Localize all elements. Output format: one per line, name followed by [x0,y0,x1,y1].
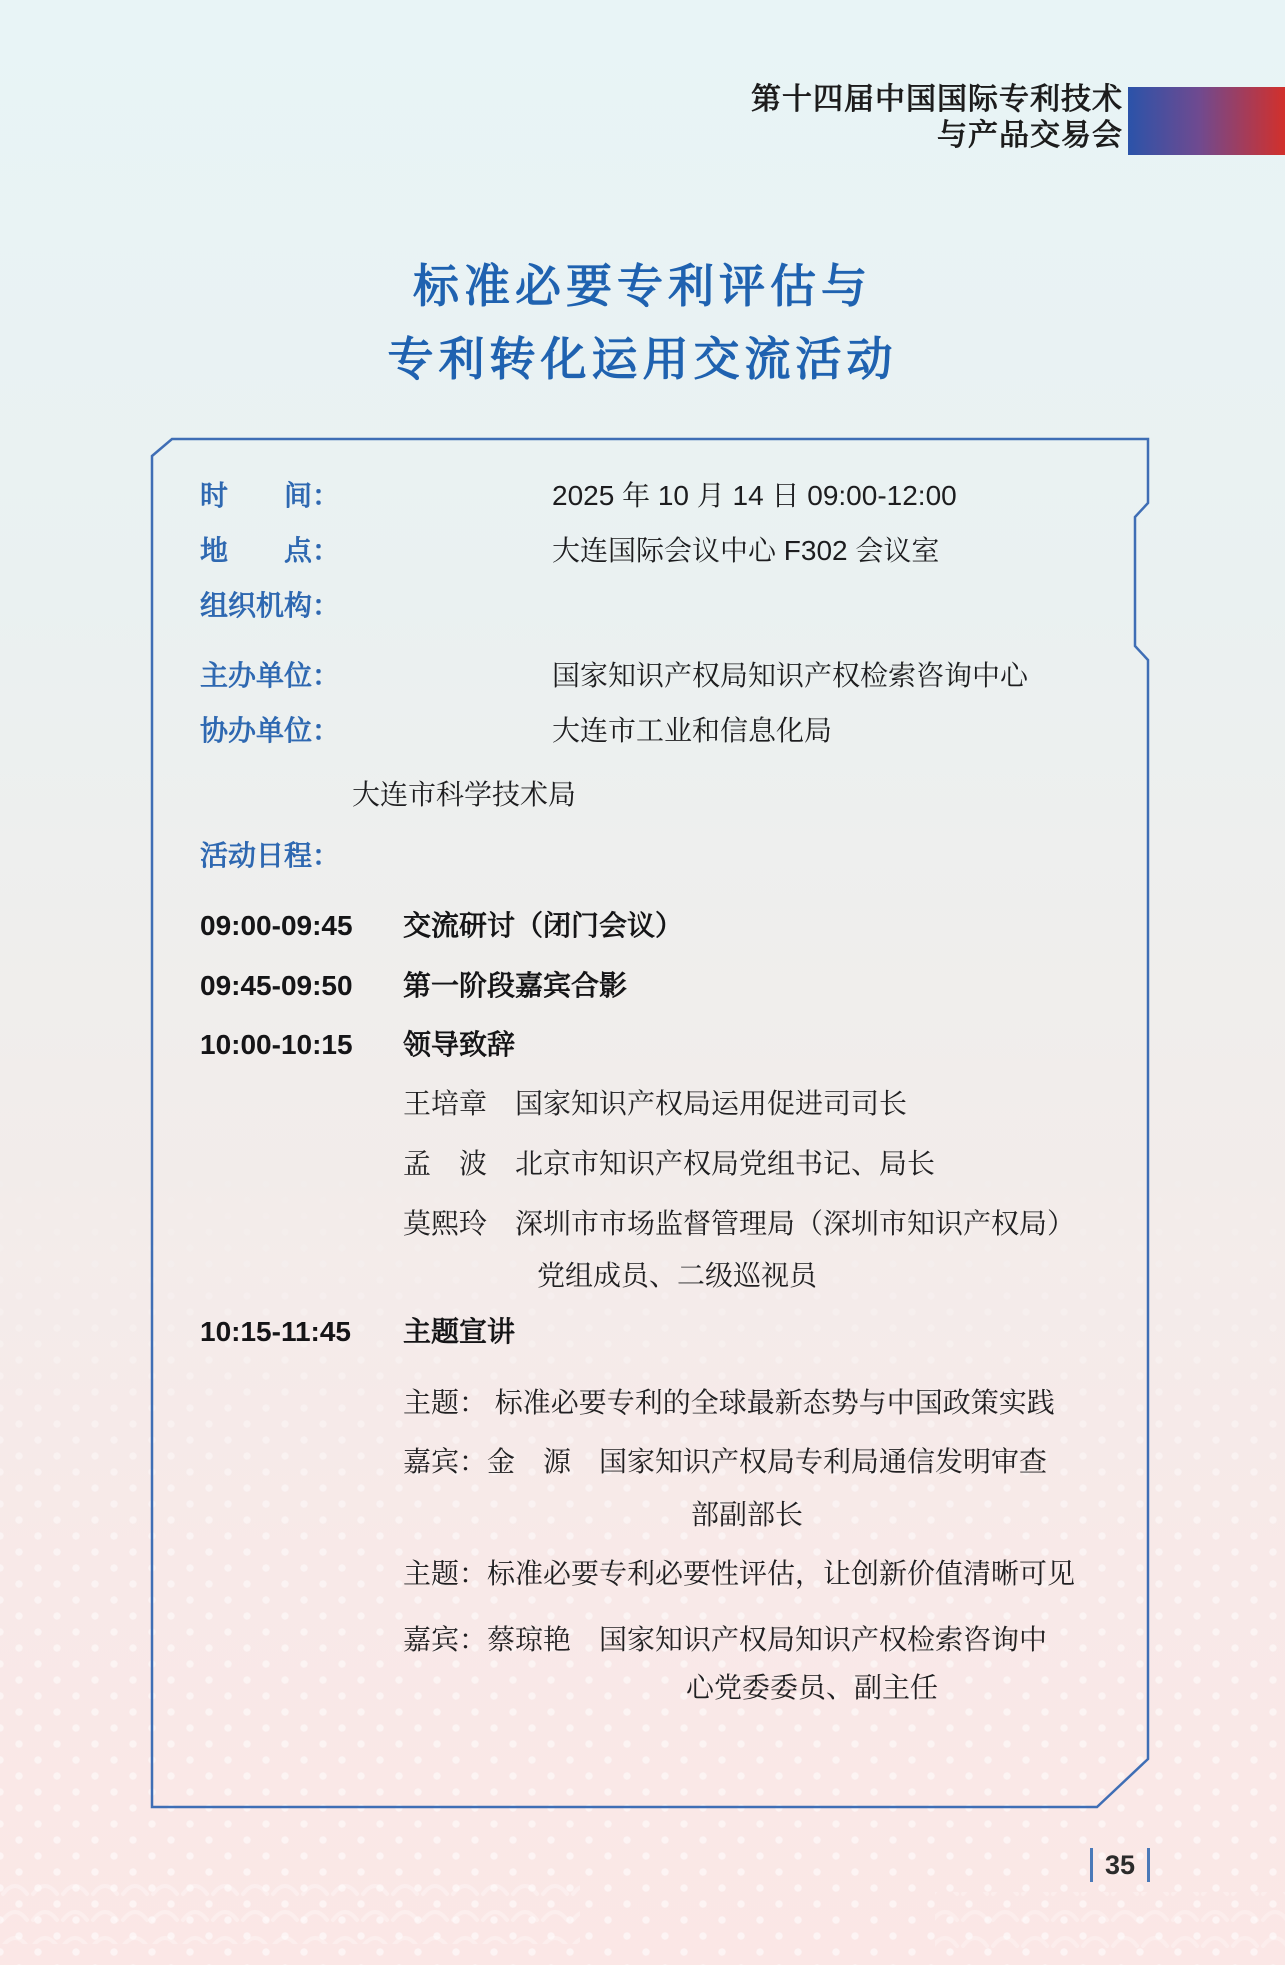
talk-guest: 嘉宾：金 源 国家知识产权局专利局通信发明审查 [403,1442,1047,1482]
info-box-border [0,0,1285,1965]
talk-topic: 主题：标准必要专利必要性评估，让创新价值清晰可见 [403,1554,1075,1594]
speaker-line-continuation: 党组成员、二级巡视员 [537,1256,817,1296]
schedule-time: 09:00-09:45 [200,906,353,946]
meta-label: 组织机构 [200,586,312,626]
speaker-line: 王培章 国家知识产权局运用促进司司长 [403,1084,907,1124]
meta-row-location: 地点： 大连国际会议中心 F302 会议室 [200,531,340,571]
meta-value: 大连市工业和信息化局 [552,711,832,751]
meta-colon: ： [312,535,340,566]
meta-row-coorganizer-2: 大连市科学技术局 [352,775,576,815]
talk-guest: 嘉宾：蔡琼艳 国家知识产权局知识产权检索咨询中 [403,1620,1047,1660]
meta-label: 活动日程 [200,836,312,876]
meta-label: 地点 [200,531,312,571]
meta-label: 协办单位 [200,711,312,751]
schedule-title: 第一阶段嘉宾合影 [403,966,627,1006]
schedule-time: 10:00-10:15 [200,1025,353,1065]
schedule-title: 主题宣讲 [403,1312,515,1352]
meta-row-coorganizer: 协办单位： 大连市工业和信息化局 [200,711,340,751]
meta-row-host: 主办单位： 国家知识产权局知识产权检索咨询中心 [200,656,340,696]
talk-guest-continuation: 心党委委员、副主任 [686,1668,938,1708]
meta-value: 2025 年 10 月 14 日 09:00-12:00 [552,476,957,516]
meta-value: 国家知识产权局知识产权检索咨询中心 [552,656,1028,696]
meta-value: 大连国际会议中心 F302 会议室 [552,531,939,571]
schedule-time: 09:45-09:50 [200,966,353,1006]
meta-colon: ： [312,840,340,871]
speaker-line: 孟 波 北京市知识产权局党组书记、局长 [403,1144,935,1184]
schedule-title: 领导致辞 [403,1025,515,1065]
meta-label: 时间 [200,476,312,516]
meta-row-organizations-heading: 组织机构： [200,586,340,626]
talk-topic: 主题： 标准必要专利的全球最新态势与中国政策实践 [403,1383,1055,1423]
schedule-title: 交流研讨（闭门会议） [403,906,683,946]
meta-row-agenda-heading: 活动日程： [200,836,340,876]
meta-row-time: 时间： 2025 年 10 月 14 日 09:00-12:00 [200,476,340,516]
meta-colon: ： [312,660,340,691]
meta-label: 主办单位 [200,656,312,696]
schedule-time: 10:15-11:45 [200,1312,351,1352]
meta-colon: ： [312,480,340,511]
meta-colon: ： [312,715,340,746]
document-page: 第十四届中国国际专利技术 与产品交易会 标准必要专利评估与 专利转化运用交流活动… [0,0,1285,1965]
meta-value: 大连市科学技术局 [352,779,576,810]
talk-guest-continuation: 部副部长 [691,1495,803,1535]
page-number: 35 [1090,1848,1150,1882]
meta-colon: ： [312,590,340,621]
speaker-line: 莫熙玲 深圳市市场监督管理局（深圳市知识产权局） [403,1204,1075,1244]
